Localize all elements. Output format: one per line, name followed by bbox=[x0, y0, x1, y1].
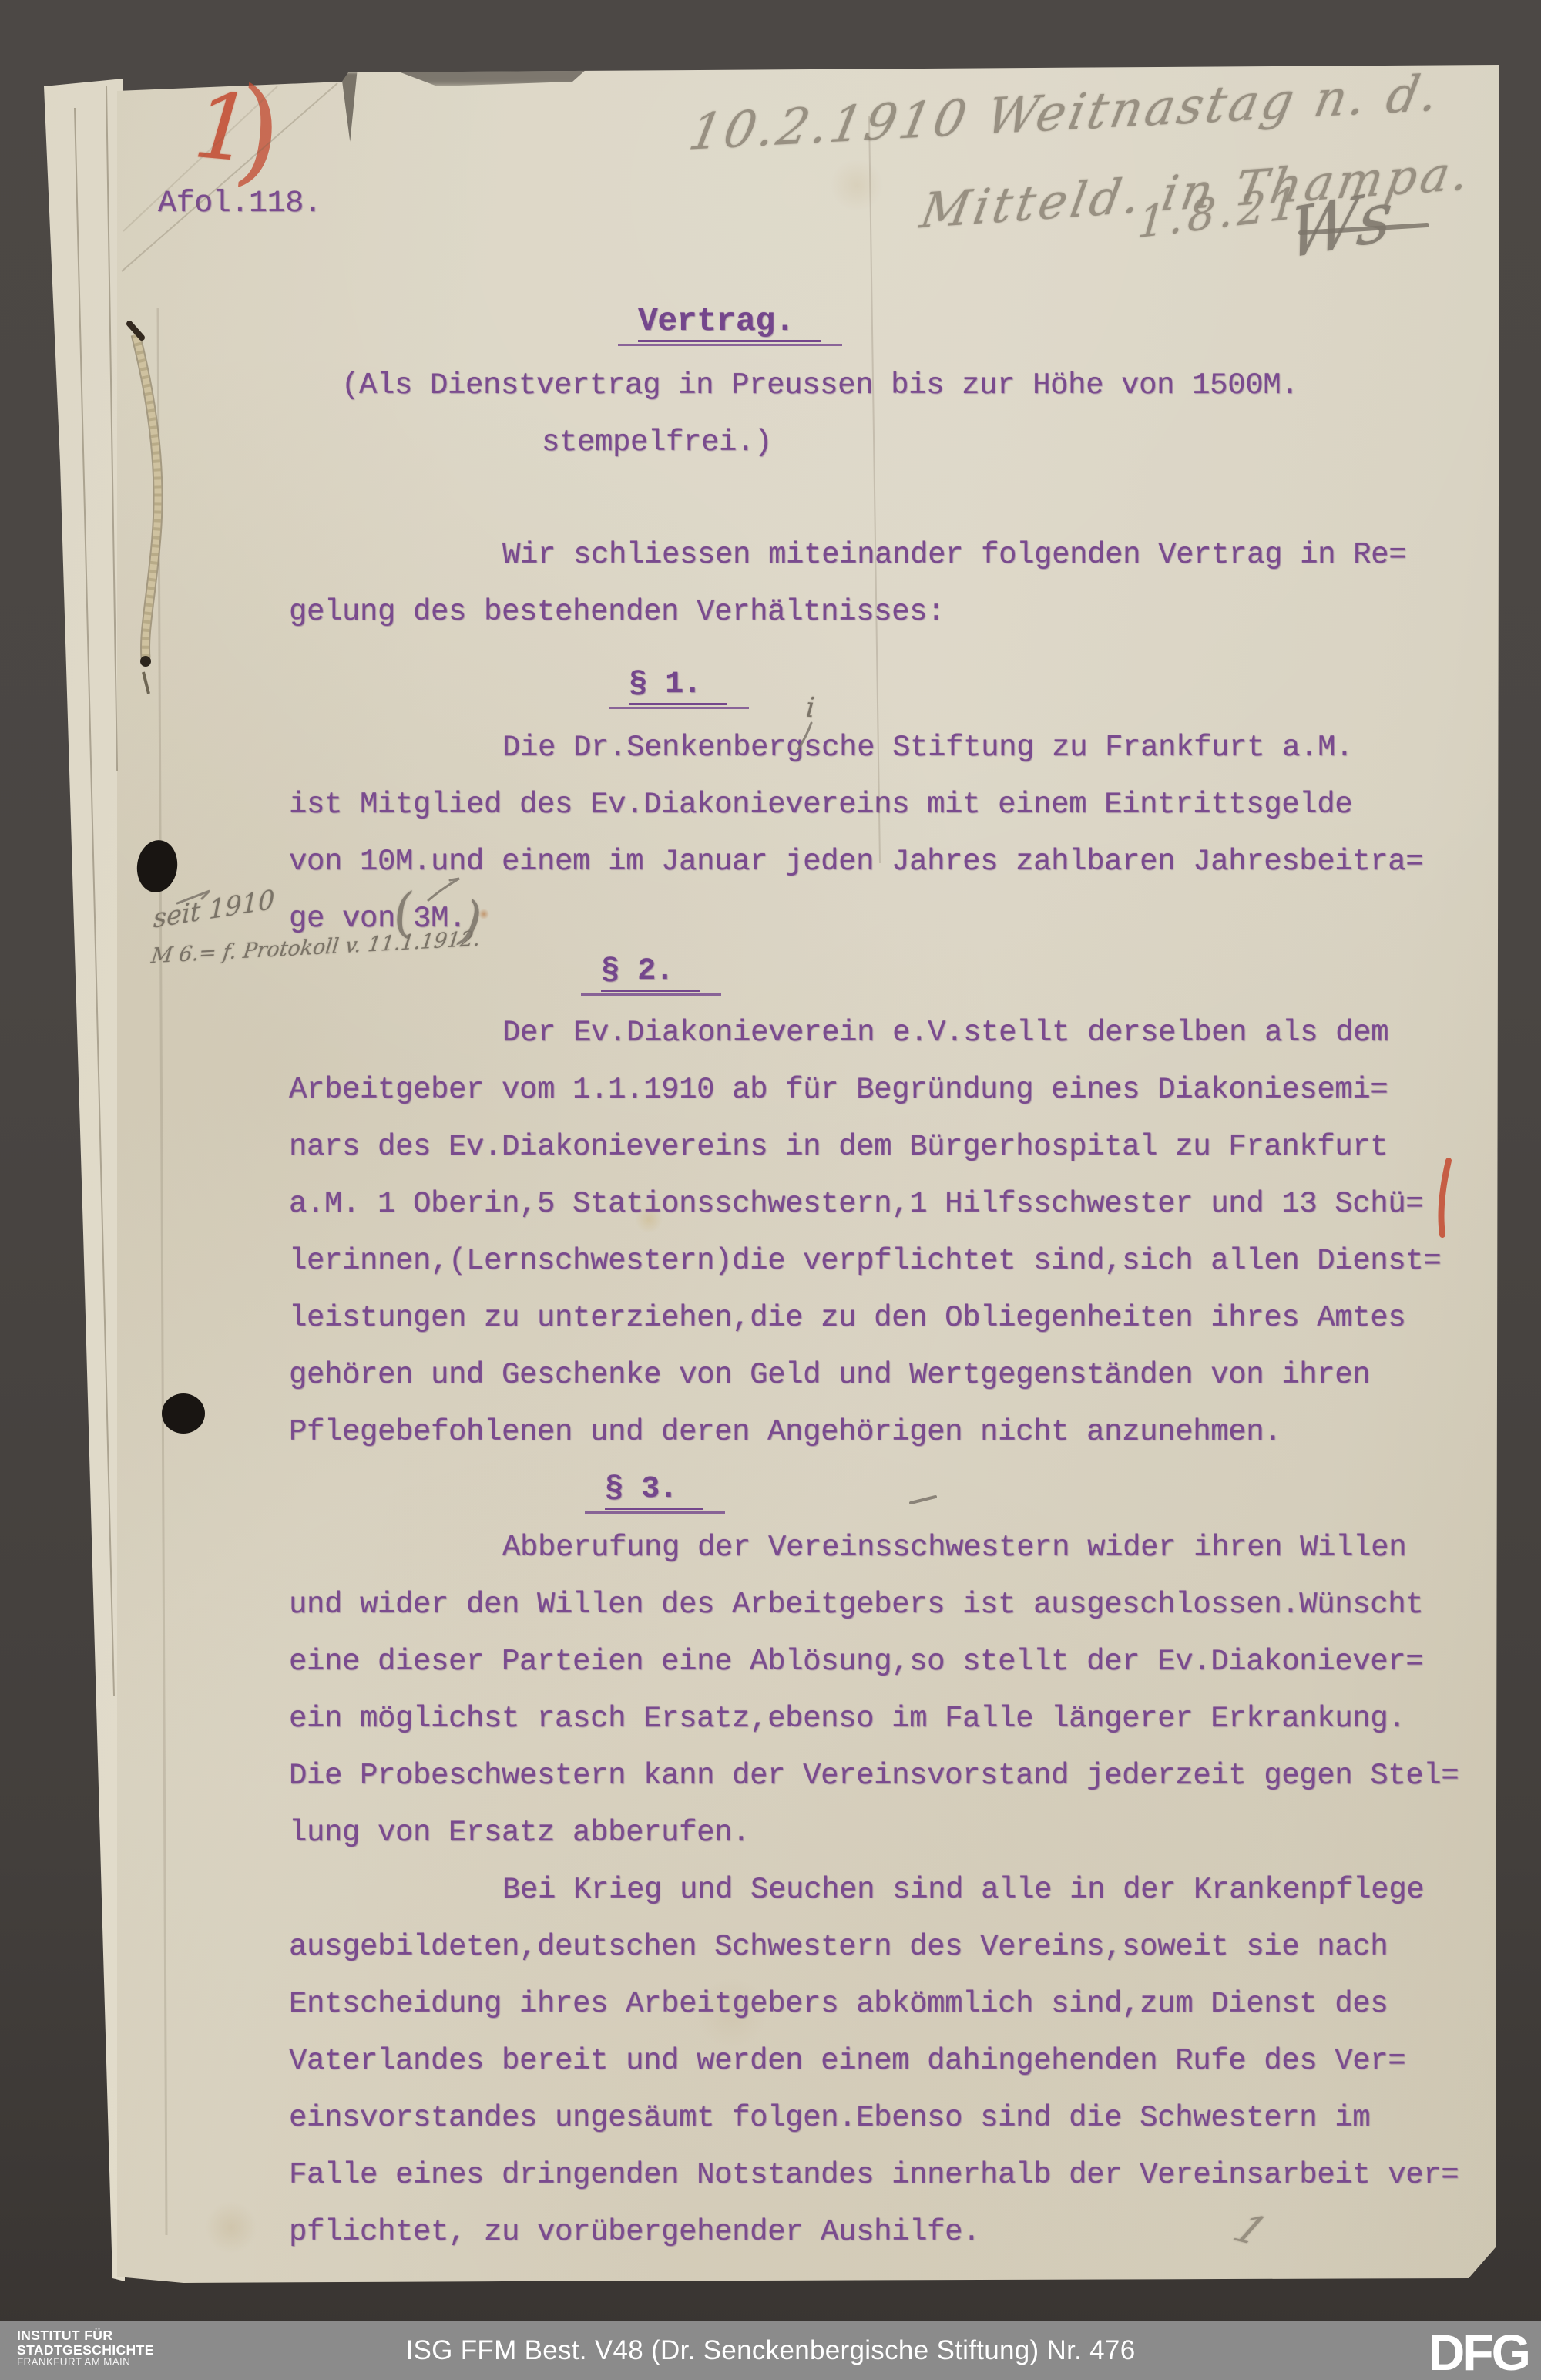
archive-caption: ISG FFM Best. V48 (Dr. Senckenbergische … bbox=[406, 2335, 1136, 2366]
typed-line: ein möglichst rasch Ersatz,ebenso im Fal… bbox=[289, 1702, 1405, 1736]
typed-line: nars des Ev.Diakonievereins in dem Bürge… bbox=[289, 1130, 1388, 1165]
dfg-logo: DFG bbox=[1429, 2323, 1529, 2380]
typed-line: pflichtet, zu vorübergehender Aushilfe. bbox=[289, 2215, 980, 2250]
typed-line: § 3. bbox=[605, 1472, 703, 1510]
typed-line: Vertrag. bbox=[638, 302, 821, 342]
pencil-inserted-letter: i bbox=[805, 692, 816, 724]
typed-line: § 2. bbox=[601, 954, 700, 992]
typed-line: Der Ev.Diakonieverein e.V.stellt derselb… bbox=[502, 1016, 1388, 1050]
typed-line: lerinnen,(Lernschwestern)die verpflichte… bbox=[289, 1244, 1441, 1279]
typed-line: Vaterlandes bereit und werden einem dahi… bbox=[289, 2044, 1405, 2079]
typed-line: gehören und Geschenke von Geld und Wertg… bbox=[289, 1358, 1370, 1393]
archive-scan: Afol.118.Vertrag.(Als Dienstvertrag in P… bbox=[0, 0, 1541, 2380]
typed-line: stempelfrei.) bbox=[542, 425, 772, 460]
typed-line: und wider den Willen des Arbeitgebers is… bbox=[289, 1588, 1423, 1622]
typed-line: a.M. 1 Oberin,5 Stationsschwestern,1 Hil… bbox=[289, 1187, 1423, 1222]
paper-top-notch bbox=[339, 72, 359, 142]
typed-line: Abberufung der Vereinsschwestern wider i… bbox=[502, 1531, 1406, 1565]
typed-line: Pflegebefohlenen und deren Angehörigen n… bbox=[289, 1415, 1281, 1450]
typed-line: ausgebildeten,deutschen Schwestern des V… bbox=[289, 1930, 1388, 1965]
institute-line1: INSTITUT FÜR bbox=[17, 2328, 154, 2343]
typed-line: von 10M.und einem im Januar jeden Jahres… bbox=[289, 845, 1423, 879]
institute-line3: FRANKFURT AM MAIN bbox=[17, 2357, 154, 2368]
typed-line: Falle eines dringenden Notstandes innerh… bbox=[289, 2158, 1459, 2193]
typed-line: eine dieser Parteien eine Ablösung,so st… bbox=[289, 1645, 1423, 1679]
typed-line: leistungen zu unterziehen,die zu den Obl… bbox=[289, 1301, 1405, 1336]
footer-bar: INSTITUT FÜR STADTGESCHICHTE FRANKFURT A… bbox=[0, 2321, 1541, 2380]
institute-line2: STADTGESCHICHTE bbox=[17, 2343, 154, 2358]
typed-line: Die Probeschwestern kann der Vereinsvors… bbox=[289, 1759, 1459, 1793]
typed-line: Arbeitgeber vom 1.1.1910 ab für Begründu… bbox=[289, 1073, 1388, 1108]
typed-line: Entscheidung ihres Arbeitgebers abkömmli… bbox=[289, 1987, 1388, 2022]
typed-line: ist Mitglied des Ev.Diakonievereins mit … bbox=[289, 788, 1352, 822]
typed-line: Die Dr.Senkenbergsche Stiftung zu Frankf… bbox=[502, 731, 1353, 765]
typed-line: Wir schliessen miteinander folgenden Ver… bbox=[502, 538, 1406, 573]
typed-line: lung von Ersatz abberufen. bbox=[289, 1816, 750, 1851]
paper-top-shadow bbox=[385, 63, 593, 86]
typed-line: (Als Dienstvertrag in Preussen bis zur H… bbox=[341, 368, 1298, 403]
typed-line: gelung des bestehenden Verhältnisses: bbox=[289, 595, 945, 630]
institute-logo-text: INSTITUT FÜR STADTGESCHICHTE FRANKFURT A… bbox=[17, 2328, 154, 2368]
typed-line: einsvorstandes ungesäumt folgen.Ebenso s… bbox=[289, 2101, 1370, 2136]
typed-line: § 1. bbox=[629, 667, 727, 705]
typed-line: Bei Krieg und Seuchen sind alle in der K… bbox=[502, 1873, 1424, 1908]
